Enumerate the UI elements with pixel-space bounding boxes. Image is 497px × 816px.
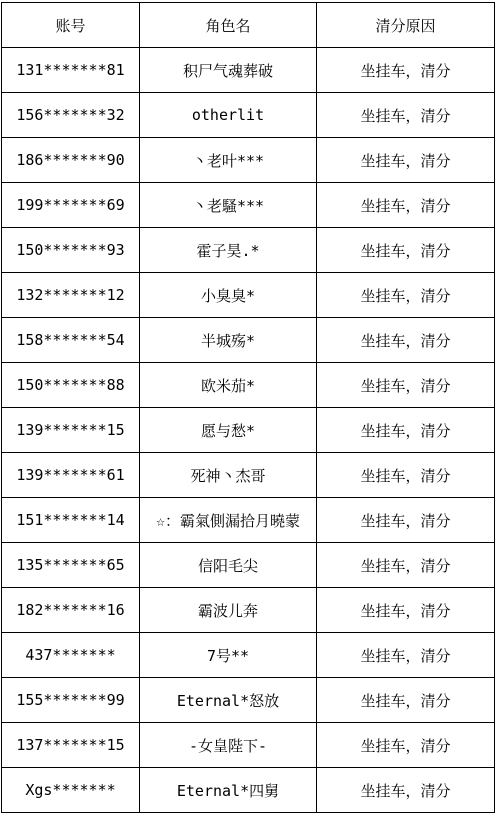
- account-cell: 155*******99: [2, 678, 140, 723]
- role-cell: 积尸气魂葬破: [140, 48, 317, 93]
- reason-cell: 坐挂车，清分: [317, 138, 495, 183]
- account-cell: 137*******15: [2, 723, 140, 768]
- table-row: 135*******65 信阳毛尖 坐挂车，清分: [2, 543, 495, 588]
- account-cell: 437*******: [2, 633, 140, 678]
- role-cell: 小臭臭*: [140, 273, 317, 318]
- header-role: 角色名: [140, 3, 317, 48]
- account-cell: 139*******15: [2, 408, 140, 453]
- account-cell: 150*******88: [2, 363, 140, 408]
- reason-cell: 坐挂车，清分: [317, 363, 495, 408]
- role-cell: 死神丶杰哥: [140, 453, 317, 498]
- role-cell: 丶老騷***: [140, 183, 317, 228]
- role-cell: -女皇陛下-: [140, 723, 317, 768]
- reason-cell: 坐挂车，清分: [317, 48, 495, 93]
- reason-cell: 坐挂车，清分: [317, 183, 495, 228]
- account-cell: Xgs*******: [2, 768, 140, 813]
- table-row: 156*******32 otherlit 坐挂车，清分: [2, 93, 495, 138]
- account-cell: 158*******54: [2, 318, 140, 363]
- account-cell: 150*******93: [2, 228, 140, 273]
- reason-cell: 坐挂车，清分: [317, 723, 495, 768]
- table-row: 139*******61 死神丶杰哥 坐挂车，清分: [2, 453, 495, 498]
- account-cell: 131*******81: [2, 48, 140, 93]
- table-row: 182*******16 霸波儿奔 坐挂车，清分: [2, 588, 495, 633]
- table-row: 137*******15 -女皇陛下- 坐挂车，清分: [2, 723, 495, 768]
- reason-cell: 坐挂车，清分: [317, 318, 495, 363]
- role-cell: 霸波儿奔: [140, 588, 317, 633]
- account-cell: 182*******16: [2, 588, 140, 633]
- role-cell: ☆：霸氣側漏拾月曉蒙: [140, 498, 317, 543]
- spreadsheet-page: 账号 角色名 清分原因 131*******81 积尸气魂葬破 坐挂车，清分 1…: [0, 0, 497, 816]
- table-row: 155*******99 Eternal*怒放 坐挂车，清分: [2, 678, 495, 723]
- table-row: 131*******81 积尸气魂葬破 坐挂车，清分: [2, 48, 495, 93]
- table-row: 150*******88 欧米茄* 坐挂车，清分: [2, 363, 495, 408]
- table-row: 132*******12 小臭臭* 坐挂车，清分: [2, 273, 495, 318]
- reason-cell: 坐挂车，清分: [317, 408, 495, 453]
- reason-cell: 坐挂车，清分: [317, 273, 495, 318]
- role-cell: Eternal*怒放: [140, 678, 317, 723]
- reason-cell: 坐挂车，清分: [317, 498, 495, 543]
- header-account: 账号: [2, 3, 140, 48]
- reason-cell: 坐挂车，清分: [317, 678, 495, 723]
- reason-cell: 坐挂车，清分: [317, 633, 495, 678]
- account-cell: 199*******69: [2, 183, 140, 228]
- role-cell: 愿与愁*: [140, 408, 317, 453]
- table-row: 199*******69 丶老騷*** 坐挂车，清分: [2, 183, 495, 228]
- account-cell: 151*******14: [2, 498, 140, 543]
- role-cell: 信阳毛尖: [140, 543, 317, 588]
- account-cell: 156*******32: [2, 93, 140, 138]
- header-reason: 清分原因: [317, 3, 495, 48]
- role-cell: 霍子昊.*: [140, 228, 317, 273]
- reason-cell: 坐挂车，清分: [317, 543, 495, 588]
- table-row: 139*******15 愿与愁* 坐挂车，清分: [2, 408, 495, 453]
- role-cell: 半城殇*: [140, 318, 317, 363]
- role-cell: 丶老叶***: [140, 138, 317, 183]
- table-row: 437******* 7号** 坐挂车，清分: [2, 633, 495, 678]
- account-cell: 135*******65: [2, 543, 140, 588]
- header-row: 账号 角色名 清分原因: [2, 3, 495, 48]
- table-row: Xgs******* Eternal*四舅 坐挂车，清分: [2, 768, 495, 813]
- table-row: 158*******54 半城殇* 坐挂车，清分: [2, 318, 495, 363]
- data-table: 账号 角色名 清分原因 131*******81 积尸气魂葬破 坐挂车，清分 1…: [1, 2, 495, 813]
- reason-cell: 坐挂车，清分: [317, 228, 495, 273]
- reason-cell: 坐挂车，清分: [317, 588, 495, 633]
- reason-cell: 坐挂车，清分: [317, 453, 495, 498]
- account-cell: 139*******61: [2, 453, 140, 498]
- role-cell: otherlit: [140, 93, 317, 138]
- role-cell: 欧米茄*: [140, 363, 317, 408]
- account-cell: 132*******12: [2, 273, 140, 318]
- reason-cell: 坐挂车，清分: [317, 93, 495, 138]
- reason-cell: 坐挂车，清分: [317, 768, 495, 813]
- role-cell: Eternal*四舅: [140, 768, 317, 813]
- table-row: 186*******90 丶老叶*** 坐挂车，清分: [2, 138, 495, 183]
- table-row: 151*******14 ☆：霸氣側漏拾月曉蒙 坐挂车，清分: [2, 498, 495, 543]
- account-cell: 186*******90: [2, 138, 140, 183]
- table-row: 150*******93 霍子昊.* 坐挂车，清分: [2, 228, 495, 273]
- role-cell: 7号**: [140, 633, 317, 678]
